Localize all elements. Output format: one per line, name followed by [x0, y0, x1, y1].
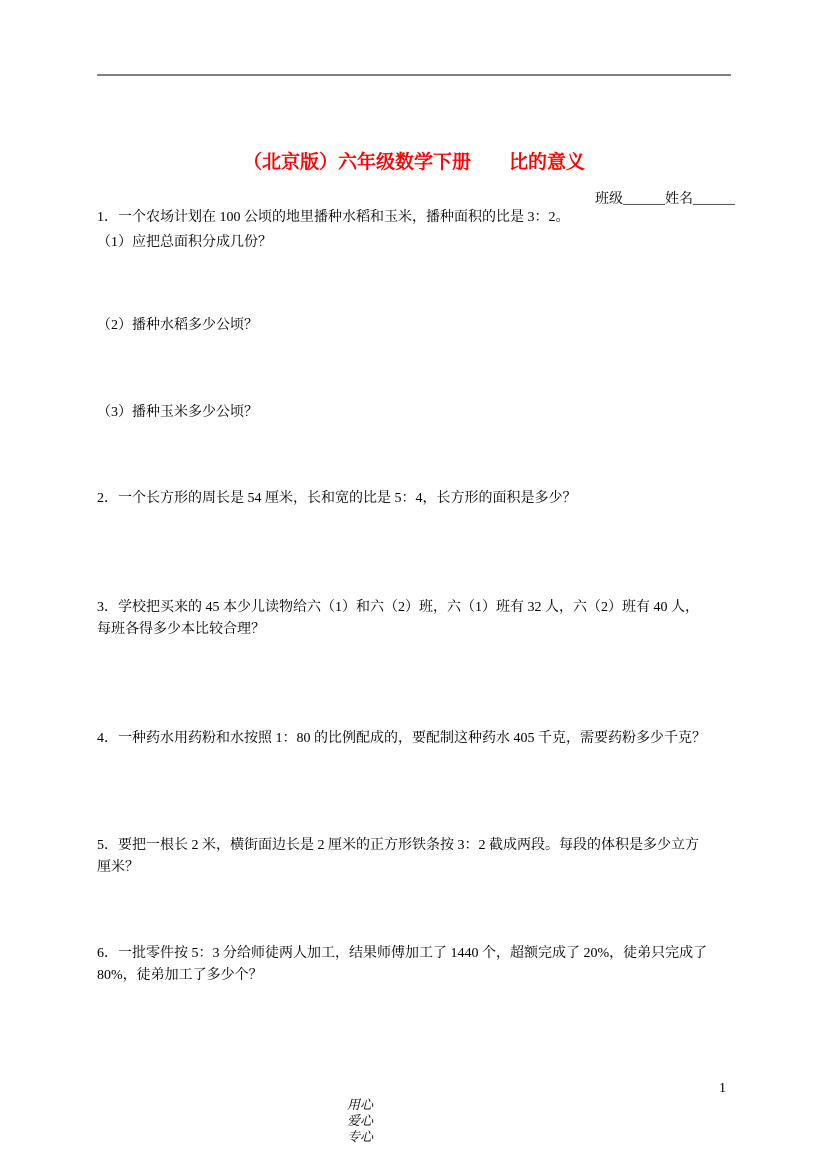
header-divider	[97, 74, 731, 76]
worksheet-page: （北京版）六年级数学下册 比的意义 班级______姓名______ 1．一个农…	[0, 0, 827, 1170]
question-3-text-line-2: 每班各得多少本比较合理？	[97, 619, 777, 641]
footer-motto-3: 专心	[347, 1129, 373, 1145]
question-1: 1．一个农场计划在 100 公顷的地里播种水稻和玉米，播种面积的比是 3：2。	[97, 207, 777, 229]
question-1-sub-2-text: （2）播种水稻多少公顷？	[97, 315, 777, 337]
question-1-sub-1-text: （1）应把总面积分成几份？	[97, 232, 777, 254]
question-6: 6．一批零件按 5：3 分给师徒两人加工，结果师傅加工了 1440 个，超额完成…	[97, 943, 777, 987]
question-1-sub-1: （1）应把总面积分成几份？	[97, 232, 777, 254]
question-4-text: 4．一种药水用药粉和水按照 1：80 的比例配成的，要配制这种药水 405 千克…	[97, 728, 777, 750]
question-1-stem: 1．一个农场计划在 100 公顷的地里播种水稻和玉米，播种面积的比是 3：2。	[97, 207, 777, 229]
question-2-text: 2．一个长方形的周长是 54 厘米，长和宽的比是 5：4，长方形的面积是多少？	[97, 488, 777, 510]
footer-motto-1: 用心	[347, 1097, 373, 1113]
question-3-text-line-1: 3．学校把买来的 45 本少儿读物给六（1）和六（2）班，六（1）班有 32 人…	[97, 597, 777, 619]
page-number: 1	[719, 1080, 726, 1097]
question-4: 4．一种药水用药粉和水按照 1：80 的比例配成的，要配制这种药水 405 千克…	[97, 728, 777, 750]
question-1-sub-2: （2）播种水稻多少公顷？	[97, 315, 777, 337]
question-6-text-line-1: 6．一批零件按 5：3 分给师徒两人加工，结果师傅加工了 1440 个，超额完成…	[97, 943, 777, 965]
question-5: 5．要把一根长 2 米，横街面边长是 2 厘米的正方形铁条按 3：2 截成两段。…	[97, 835, 777, 879]
question-2: 2．一个长方形的周长是 54 厘米，长和宽的比是 5：4，长方形的面积是多少？	[97, 488, 777, 510]
footer-mottos: 用心 爱心 专心	[334, 1081, 398, 1161]
question-1-sub-3: （3）播种玉米多少公顷？	[97, 402, 777, 424]
question-1-sub-3-text: （3）播种玉米多少公顷？	[97, 402, 777, 424]
question-3: 3．学校把买来的 45 本少儿读物给六（1）和六（2）班，六（1）班有 32 人…	[97, 597, 777, 641]
question-5-text-line-1: 5．要把一根长 2 米，横街面边长是 2 厘米的正方形铁条按 3：2 截成两段。…	[97, 835, 777, 857]
footer-motto-2: 爱心	[347, 1113, 373, 1129]
question-5-text-line-2: 厘米？	[97, 857, 777, 879]
question-6-text-line-2: 80%，徒弟加工了多少个？	[97, 965, 777, 987]
page-title: （北京版）六年级数学下册 比的意义	[97, 151, 731, 175]
